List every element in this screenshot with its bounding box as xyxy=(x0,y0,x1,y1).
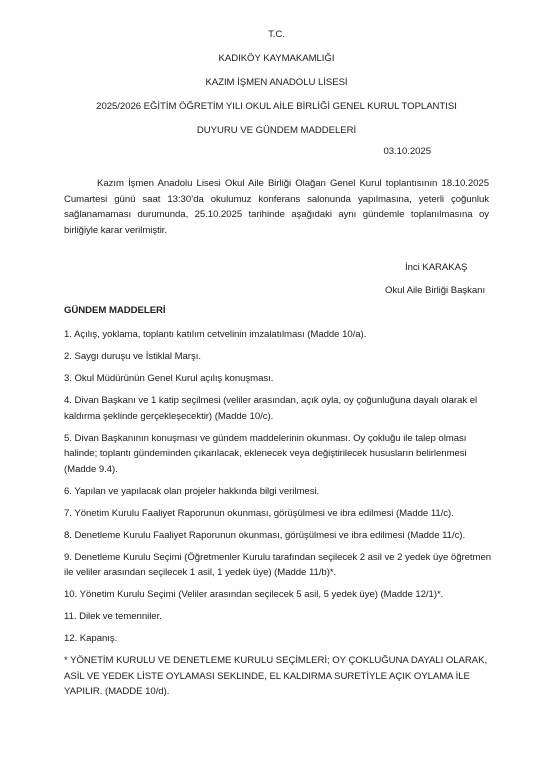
agenda-item: 7. Yönetim Kurulu Faaliyet Raporunun oku… xyxy=(64,506,494,522)
document-page: T.C. KADIKÖY KAYMAKAMLIĞI KAZIM İŞMEN AN… xyxy=(0,0,553,768)
header-school: KAZIM İŞMEN ANADOLU LİSESİ xyxy=(0,77,553,88)
footnote: * YÖNETİM KURULU VE DENETLEME KURULU SEÇ… xyxy=(64,653,489,700)
agenda-item: 3. Okul Müdürünün Genel Kurul açılış kon… xyxy=(64,371,494,387)
header-meeting-title: 2025/2026 EĞİTİM ÖĞRETİM YILI OKUL AİLE … xyxy=(0,101,553,112)
header-subtitle: DUYURU VE GÜNDEM MADDELERİ xyxy=(0,125,553,136)
signatory-name: İnci KARAKAŞ xyxy=(405,262,467,273)
agenda-item: 1. Açılış, yoklama, toplantı katılım cet… xyxy=(64,327,494,343)
header-tc: T.C. xyxy=(0,29,553,40)
agenda-item: 12. Kapanış. xyxy=(64,631,494,647)
agenda-item: 11. Dilek ve temenniler. xyxy=(64,609,494,625)
agenda-item: 2. Saygı duruşu ve İstiklal Marşı. xyxy=(64,349,494,365)
agenda-item: 8. Denetleme Kurulu Faaliyet Raporunun o… xyxy=(64,528,494,544)
agenda-item: 6. Yapılan ve yapılacak olan projeler ha… xyxy=(64,484,494,500)
agenda-item: 4. Divan Başkanı ve 1 katip seçilmesi (v… xyxy=(64,393,494,424)
signatory-title: Okul Aile Birliği Başkanı xyxy=(385,285,485,296)
agenda-item: 9. Denetleme Kurulu Seçimi (Öğretmenler … xyxy=(64,550,494,581)
document-date: 03.10.2025 xyxy=(383,146,431,157)
announcement-paragraph: Kazım İşmen Anadolu Lisesi Okul Aile Bir… xyxy=(64,176,489,238)
agenda-item: 10. Yönetim Kurulu Seçimi (Veliler arası… xyxy=(64,587,494,603)
agenda-item: 5. Divan Başkanının konuşması ve gündem … xyxy=(64,431,494,478)
agenda-title: GÜNDEM MADDELERİ xyxy=(64,305,166,316)
header-authority: KADIKÖY KAYMAKAMLIĞI xyxy=(0,53,553,64)
agenda-list: 1. Açılış, yoklama, toplantı katılım cet… xyxy=(64,327,494,653)
